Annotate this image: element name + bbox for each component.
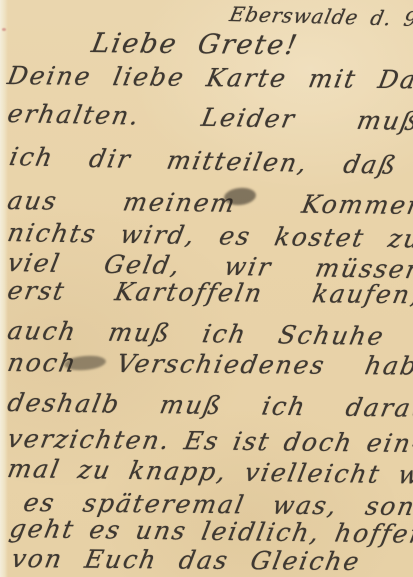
- letter-line-8: auch muß ich Schuhe u.: [5, 316, 413, 352]
- letter-line-11: verzichten. Es ist doch ein-: [5, 424, 413, 458]
- letter-dateline: Eberswalde d. 9.10.26: [228, 2, 413, 33]
- paper-speck: [2, 28, 6, 31]
- handwritten-letter-page: Eberswalde d. 9.10.26 Liebe Grete! Deine…: [0, 0, 413, 577]
- letter-line-3: ich dir mitteilen, daß: [7, 142, 400, 180]
- letter-line-7: erst Kartoffeln kaufen,: [5, 276, 413, 309]
- letter-line-10: deshalb muß ich darauf: [5, 388, 413, 423]
- letter-line-4: aus meinem Kommen: [5, 186, 413, 220]
- letter-line-15: von Euch das Gleiche: [9, 544, 363, 576]
- letter-line-12: mal zu knapp, vielleicht wird: [5, 454, 413, 490]
- letter-line-2: erhalten. Leider muß: [5, 99, 413, 136]
- letter-line-1: Deine liebe Karte mit Dank: [5, 61, 413, 95]
- letter-salutation: Liebe Grete!: [89, 28, 301, 61]
